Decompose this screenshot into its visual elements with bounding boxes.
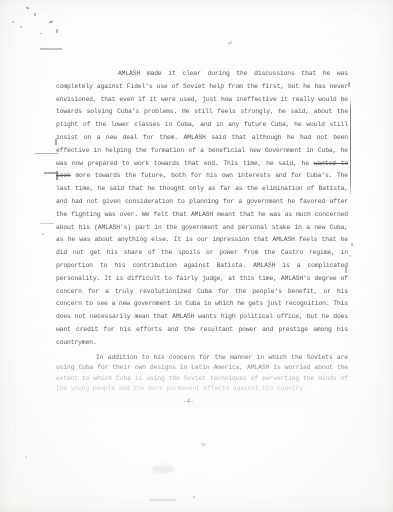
page-number: -4-: [183, 398, 194, 405]
margin-dash: [40, 223, 54, 224]
paragraph-1-text: AMLASH made it clear during the discussi…: [56, 70, 348, 167]
scan-speck: [351, 243, 353, 246]
scan-speck: [349, 255, 351, 257]
paragraph-2: In addition to his concern for the manne…: [56, 353, 348, 395]
scan-smudge: [201, 443, 206, 446]
pencil-mark: [40, 33, 42, 34]
margin-dash: [40, 48, 62, 50]
document-text: AMLASH made it clear during the discussi…: [56, 68, 348, 395]
pencil-mark: [26, 6, 30, 9]
paragraph-1-continued: more towards the future, both for his ow…: [56, 172, 348, 345]
scan-line-artifact: [350, 97, 351, 197]
margin-dash: [35, 153, 58, 154]
scan-smudge: [152, 465, 174, 473]
scan-speck: [193, 496, 195, 498]
paragraph-1: AMLASH made it clear during the discussi…: [56, 68, 348, 350]
scan-smudge: [150, 499, 176, 501]
scan-speck: [228, 41, 232, 44]
pencil-mark: [49, 20, 53, 23]
pencil-mark: [20, 26, 22, 28]
pencil-mark: [12, 21, 14, 23]
scan-speck: [42, 233, 44, 235]
scan-speck: [25, 456, 27, 458]
pencil-mark: [34, 13, 36, 16]
margin-dash: [44, 172, 56, 174]
scanned-document-page: AMLASH made it clear during the discussi…: [0, 0, 393, 512]
scan-speck: [348, 82, 350, 87]
pencil-mark: [56, 29, 59, 33]
